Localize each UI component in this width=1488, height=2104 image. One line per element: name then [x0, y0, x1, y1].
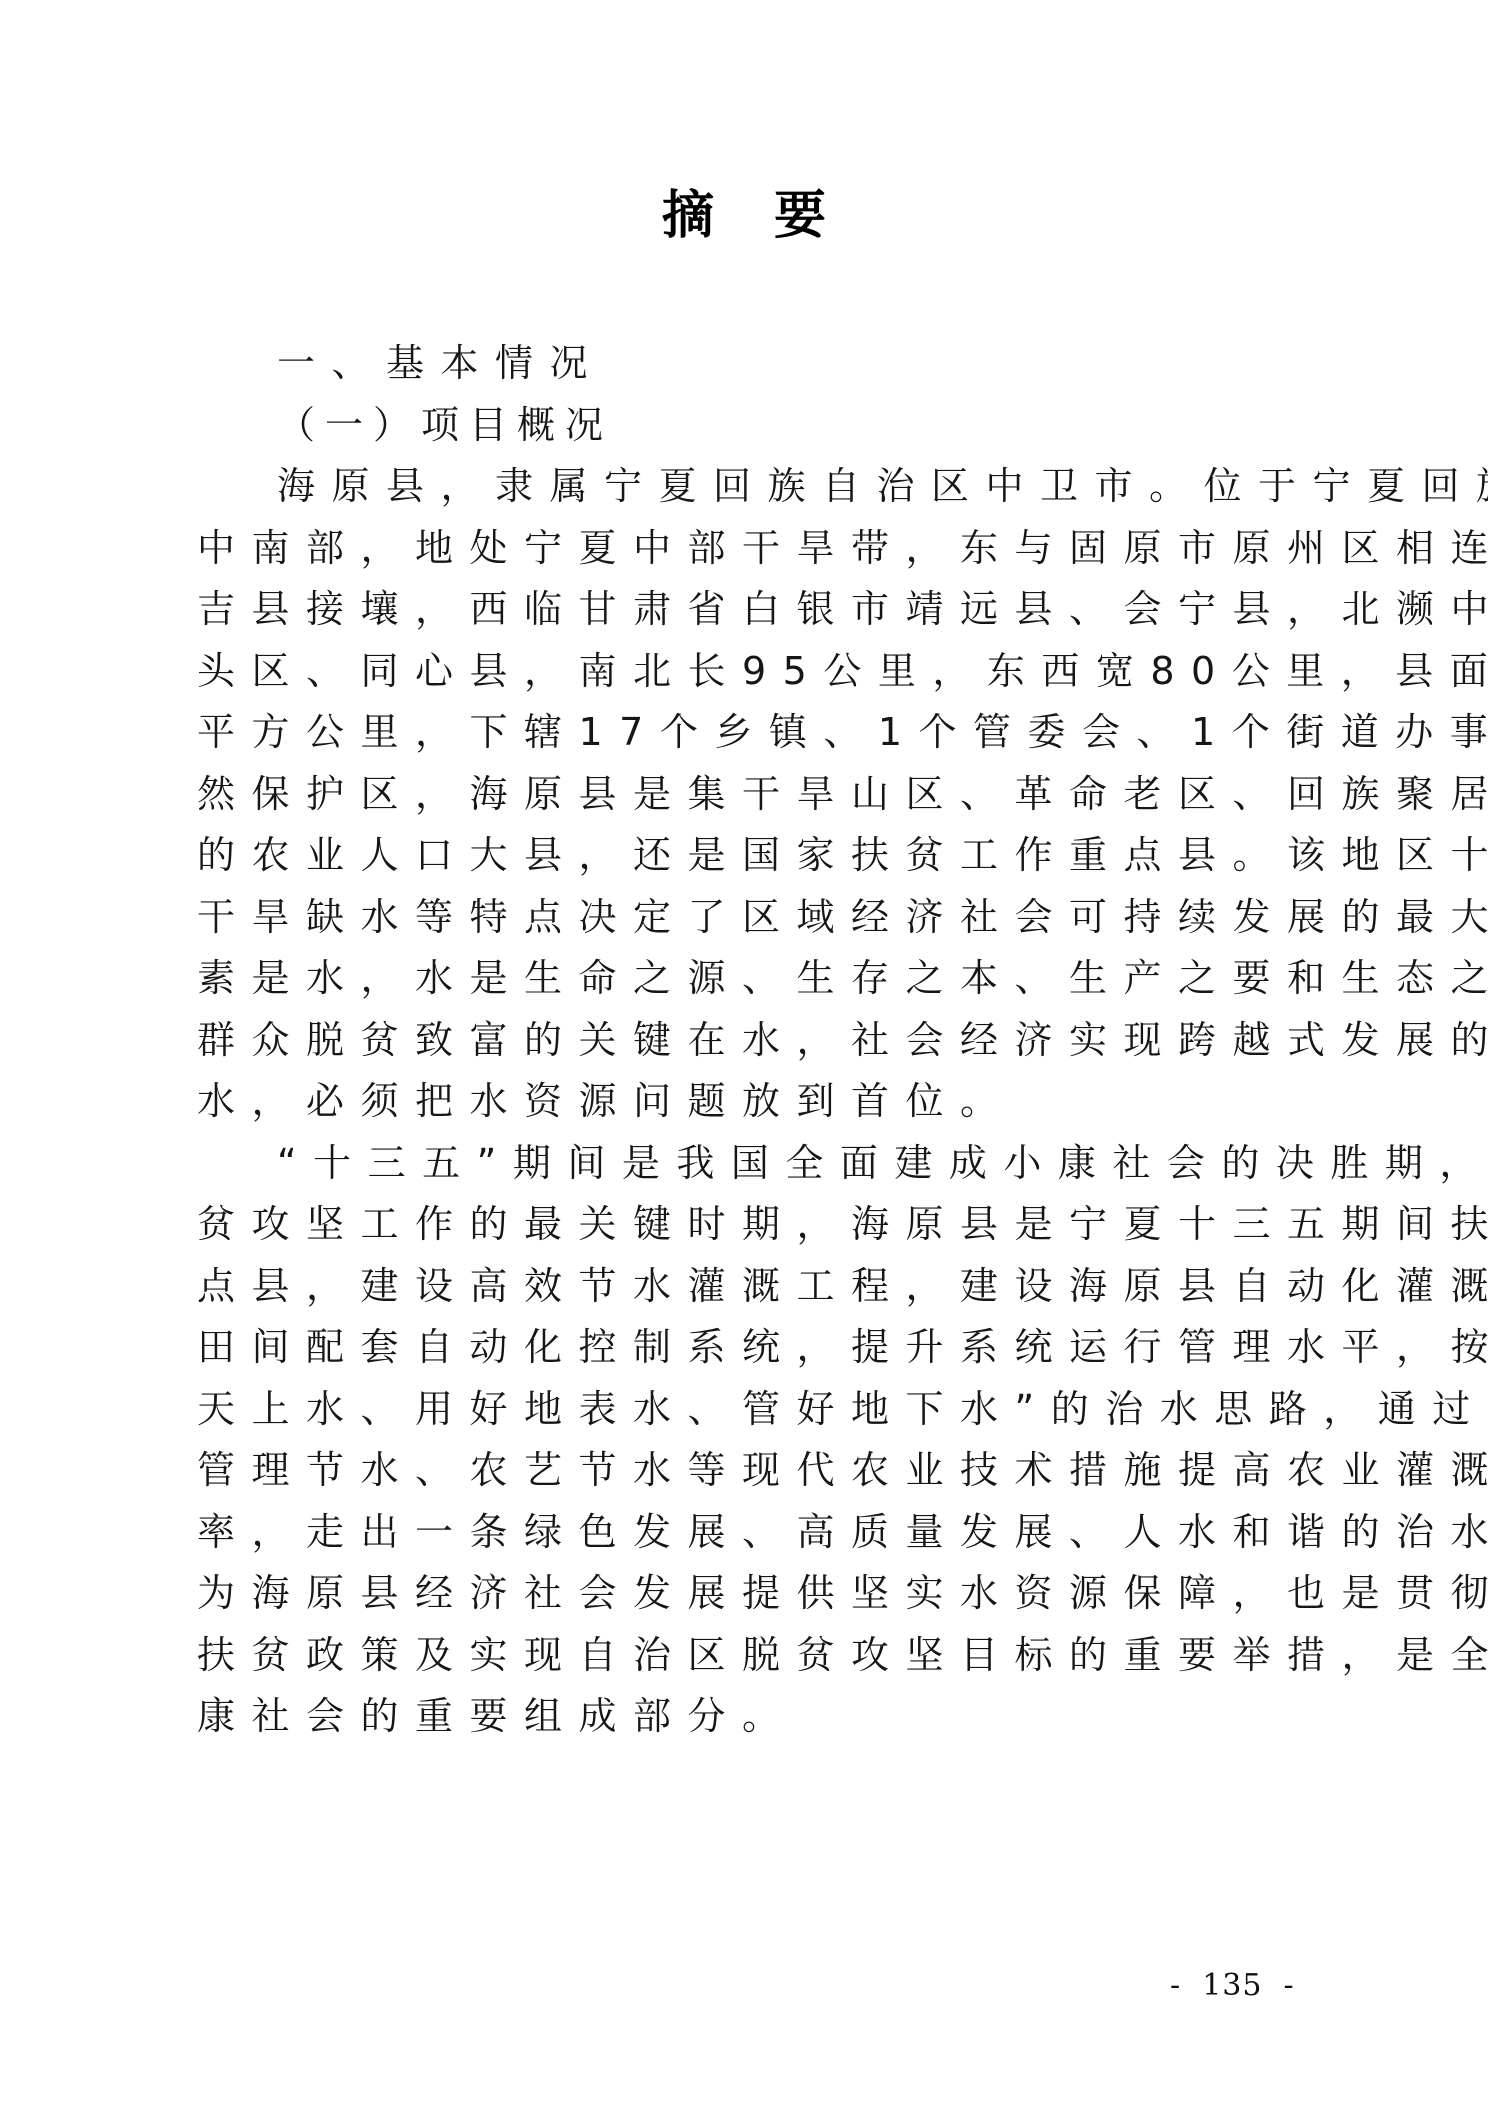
paragraph-1: 海原县，隶属宁夏回族自治区中卫市。位于宁夏回族自治区 中南部，地处宁夏中部干旱带… — [197, 456, 1297, 1133]
subsection-heading: （一）项目概况 — [197, 395, 1297, 457]
paragraph-line: 吉县接壤，西临甘肃省白银市靖远县、会宁县，北濒中卫市沙坡 — [197, 579, 1297, 641]
paragraph-line: 素是水，水是生命之源、生存之本、生产之要和生态之基，人民 — [197, 948, 1297, 1010]
paragraph-line: “十三五”期间是我国全面建成小康社会的决胜期，也是扶 — [197, 1133, 1297, 1195]
document-body: 一、基本情况 （一）项目概况 海原县，隶属宁夏回族自治区中卫市。位于宁夏回族自治… — [197, 333, 1297, 1748]
page-title: 摘要 — [0, 186, 1488, 246]
paragraph-2: “十三五”期间是我国全面建成小康社会的决胜期，也是扶 贫攻坚工作的最关键时期，海… — [197, 1133, 1297, 1748]
paragraph-line: 然保护区，海原县是集干旱山区、革命老区、回族聚居区为一体 — [197, 764, 1297, 826]
paragraph-line: 田间配套自动化控制系统，提升系统运行管理水平，按照“蓄住 — [197, 1317, 1297, 1379]
paragraph-line: 水，必须把水资源问题放到首位。 — [197, 1071, 1297, 1133]
document-page: 摘要 一、基本情况 （一）项目概况 海原县，隶属宁夏回族自治区中卫市。位于宁夏回… — [0, 0, 1488, 2104]
section-heading: 一、基本情况 — [197, 333, 1297, 395]
paragraph-line: 管理节水、农艺节水等现代农业技术措施提高农业灌溉用水利用 — [197, 1440, 1297, 1502]
page-number: - 135 - — [1170, 1968, 1310, 2003]
paragraph-line: 干旱缺水等特点决定了区域经济社会可持续发展的最大制约因 — [197, 887, 1297, 949]
paragraph-line: 平方公里，下辖17个乡镇、1个管委会、1个街道办事处、1个自 — [197, 702, 1297, 764]
paragraph-line: 头区、同心县，南北长95公里，东西宽80公里，县面积4,989.6 — [197, 641, 1297, 703]
paragraph-line: 海原县，隶属宁夏回族自治区中卫市。位于宁夏回族自治区 — [197, 456, 1297, 518]
paragraph-line: 康社会的重要组成部分。 — [197, 1686, 1297, 1748]
paragraph-line: 中南部，地处宁夏中部干旱带，东与固原市原州区相连，南与西 — [197, 518, 1297, 580]
paragraph-line: 扶贫政策及实现自治区脱贫攻坚目标的重要举措，是全面建成小 — [197, 1625, 1297, 1687]
paragraph-line: 贫攻坚工作的最关键时期，海原县是宁夏十三五期间扶贫攻坚重 — [197, 1194, 1297, 1256]
paragraph-line: 的农业人口大县，还是国家扶贫工作重点县。该地区十年九旱、 — [197, 825, 1297, 887]
paragraph-line: 群众脱贫致富的关键在水，社会经济实现跨越式发展的希望在 — [197, 1010, 1297, 1072]
paragraph-line: 率，走出一条绿色发展、高质量发展、人水和谐的治水新路子， — [197, 1502, 1297, 1564]
paragraph-line: 点县，建设高效节水灌溉工程，建设海原县自动化灌溉试点区， — [197, 1256, 1297, 1318]
paragraph-line: 天上水、用好地表水、管好地下水”的治水思路，通过工程节水、 — [197, 1379, 1297, 1441]
paragraph-line: 为海原县经济社会发展提供坚实水资源保障，也是贯彻落实中央 — [197, 1563, 1297, 1625]
